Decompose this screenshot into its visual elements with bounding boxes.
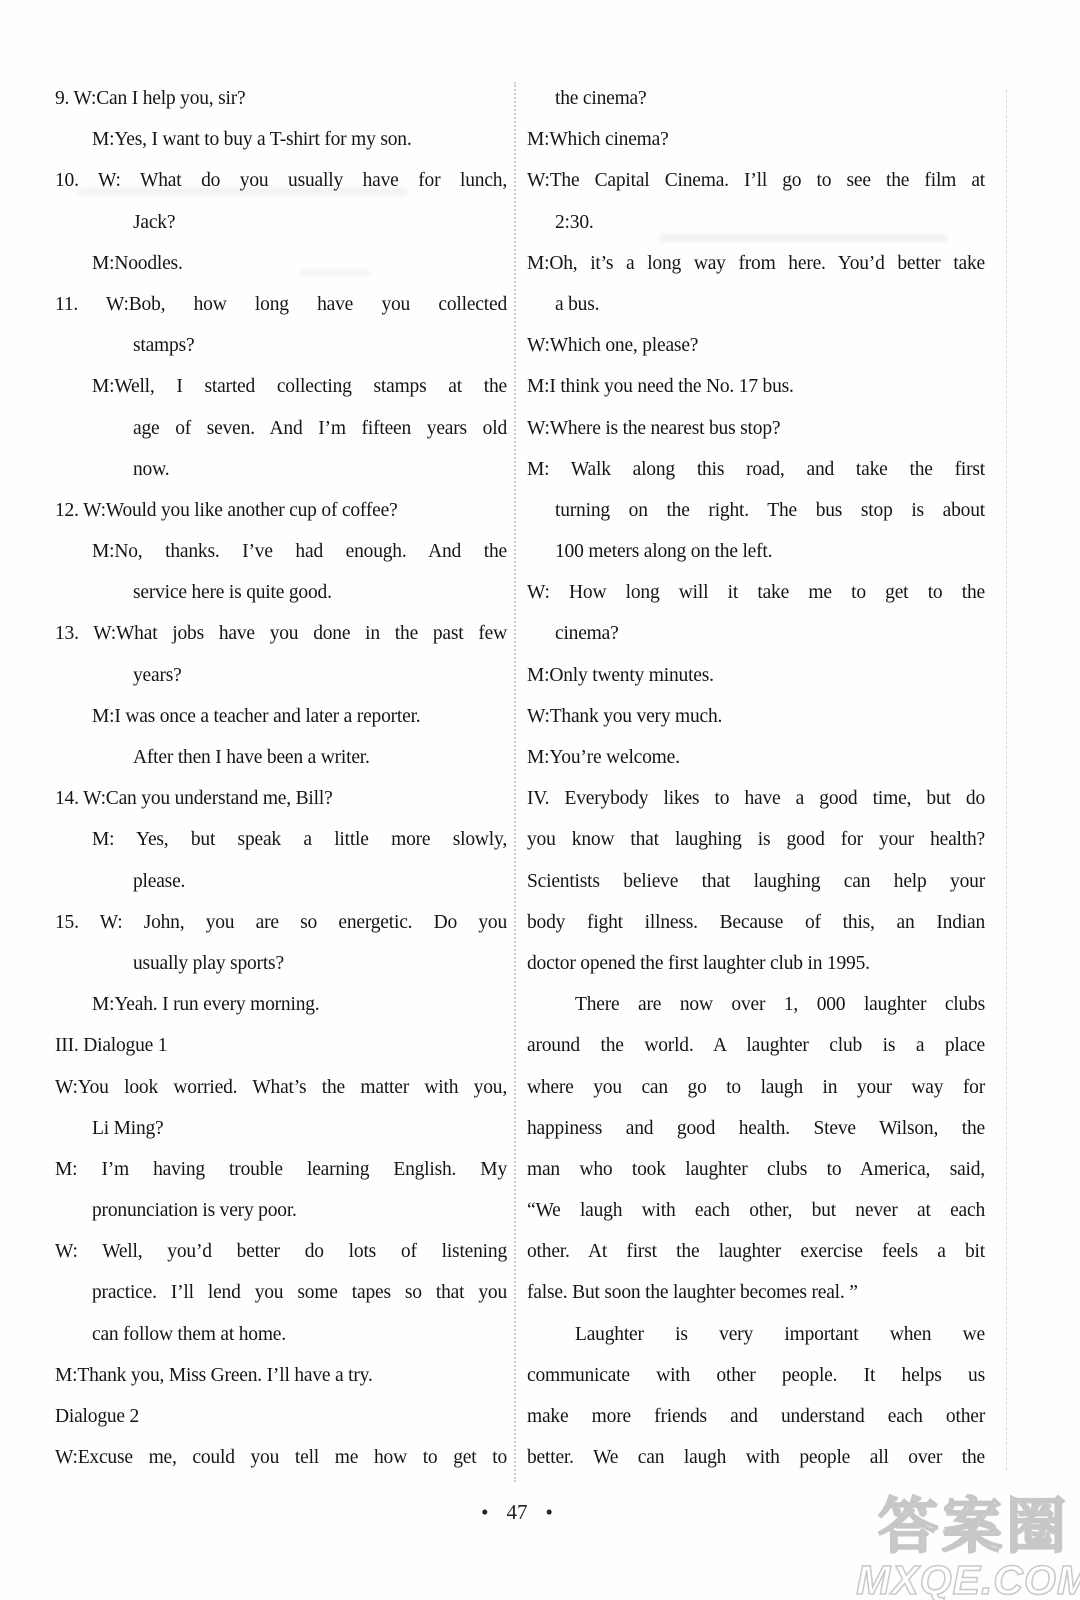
text-line: W:The Capital Cinema. I’ll go to see the…: [527, 160, 985, 201]
page-number: 47: [507, 1500, 528, 1524]
text-line: please.: [55, 861, 507, 902]
text-line: 13. W:What jobs have you done in the pas…: [55, 613, 507, 654]
text-line: cinema?: [527, 613, 985, 654]
text-line: 100 meters along on the left.: [527, 531, 985, 572]
text-line: M:Yeah. I run every morning.: [55, 984, 507, 1025]
text-line: M:No, thanks. I’ve had enough. And the: [55, 531, 507, 572]
text-line: M:Only twenty minutes.: [527, 655, 985, 696]
text-line: 12. W:Would you like another cup of coff…: [55, 490, 507, 531]
text-line: W: How long will it take me to get to th…: [527, 572, 985, 613]
footer-dot-right: •: [546, 1500, 553, 1524]
text-line: W:Excuse me, could you tell me how to ge…: [55, 1437, 507, 1478]
text-line: body fight illness. Because of this, an …: [527, 902, 985, 943]
column-divider: [514, 82, 516, 1482]
text-line: W:Where is the nearest bus stop?: [527, 408, 985, 449]
text-line: turning on the right. The bus stop is ab…: [527, 490, 985, 531]
text-line: 10. W: What do you usually have for lunc…: [55, 160, 507, 201]
transcript-column-right: the cinema?M:Which cinema?W:The Capital …: [527, 78, 985, 1478]
text-line: you know that laughing is good for your …: [527, 819, 985, 860]
page-edge-line: [1006, 90, 1007, 1470]
text-line: false. But soon the laughter becomes rea…: [527, 1272, 985, 1313]
text-line: 15. W: John, you are so energetic. Do yo…: [55, 902, 507, 943]
text-line: stamps?: [55, 325, 507, 366]
text-line: 2:30.: [527, 202, 985, 243]
text-line: M:Which cinema?: [527, 119, 985, 160]
text-line: 9. W:Can I help you, sir?: [55, 78, 507, 119]
text-line: can follow them at home.: [55, 1314, 507, 1355]
text-line: Scientists believe that laughing can hel…: [527, 861, 985, 902]
text-line: M:Noodles.: [55, 243, 507, 284]
text-line: IV. Everybody likes to have a good time,…: [527, 778, 985, 819]
transcript-column-left: 9. W:Can I help you, sir?M:Yes, I want t…: [55, 78, 507, 1478]
text-line: man who took laughter clubs to America, …: [527, 1149, 985, 1190]
text-line: M:I think you need the No. 17 bus.: [527, 366, 985, 407]
text-line: M: Yes, but speak a little more slowly,: [55, 819, 507, 860]
text-line: pronunciation is very poor.: [55, 1190, 507, 1231]
text-line: better. We can laugh with people all ove…: [527, 1437, 985, 1478]
text-line: years?: [55, 655, 507, 696]
text-line: make more friends and understand each ot…: [527, 1396, 985, 1437]
text-line: Dialogue 2: [55, 1396, 507, 1437]
watermark-site-text: MXQE.COM: [856, 1559, 1080, 1600]
text-line: now.: [55, 449, 507, 490]
text-line: 14. W:Can you understand me, Bill?: [55, 778, 507, 819]
text-line: around the world. A laughter club is a p…: [527, 1025, 985, 1066]
text-line: a bus.: [527, 284, 985, 325]
text-line: M:Oh, it’s a long way from here. You’d b…: [527, 243, 985, 284]
text-line: service here is quite good.: [55, 572, 507, 613]
text-line: usually play sports?: [55, 943, 507, 984]
text-line: III. Dialogue 1: [55, 1025, 507, 1066]
text-line: M:Well, I started collecting stamps at t…: [55, 366, 507, 407]
text-line: W:Which one, please?: [527, 325, 985, 366]
text-line: M: I’m having trouble learning English. …: [55, 1149, 507, 1190]
page-footer: •47•: [0, 1500, 1057, 1525]
text-line: There are now over 1, 000 laughter clubs: [527, 984, 985, 1025]
text-line: M:I was once a teacher and later a repor…: [55, 696, 507, 737]
text-line: M:You’re welcome.: [527, 737, 985, 778]
text-line: 11. W:Bob, how long have you collected: [55, 284, 507, 325]
text-line: W:Thank you very much.: [527, 696, 985, 737]
text-line: the cinema?: [527, 78, 985, 119]
text-line: communicate with other people. It helps …: [527, 1355, 985, 1396]
text-line: age of seven. And I’m fifteen years old: [55, 408, 507, 449]
text-line: Li Ming?: [55, 1108, 507, 1149]
text-line: happiness and good health. Steve Wilson,…: [527, 1108, 985, 1149]
text-line: After then I have been a writer.: [55, 737, 507, 778]
text-line: W: Well, you’d better do lots of listeni…: [55, 1231, 507, 1272]
text-line: other. At first the laughter exercise fe…: [527, 1231, 985, 1272]
text-line: M:Yes, I want to buy a T-shirt for my so…: [55, 119, 507, 160]
text-line: Jack?: [55, 202, 507, 243]
text-line: W:You look worried. What’s the matter wi…: [55, 1067, 507, 1108]
scanned-document-page: 9. W:Can I help you, sir?M:Yes, I want t…: [0, 0, 1080, 1600]
text-line: Laughter is very important when we: [527, 1314, 985, 1355]
text-line: practice. I’ll lend you some tapes so th…: [55, 1272, 507, 1313]
text-line: “We laugh with each other, but never at …: [527, 1190, 985, 1231]
text-line: M:Thank you, Miss Green. I’ll have a try…: [55, 1355, 507, 1396]
text-line: doctor opened the first laughter club in…: [527, 943, 985, 984]
text-line: where you can go to laugh in your way fo…: [527, 1067, 985, 1108]
footer-dot-left: •: [481, 1500, 488, 1524]
text-line: M: Walk along this road, and take the fi…: [527, 449, 985, 490]
